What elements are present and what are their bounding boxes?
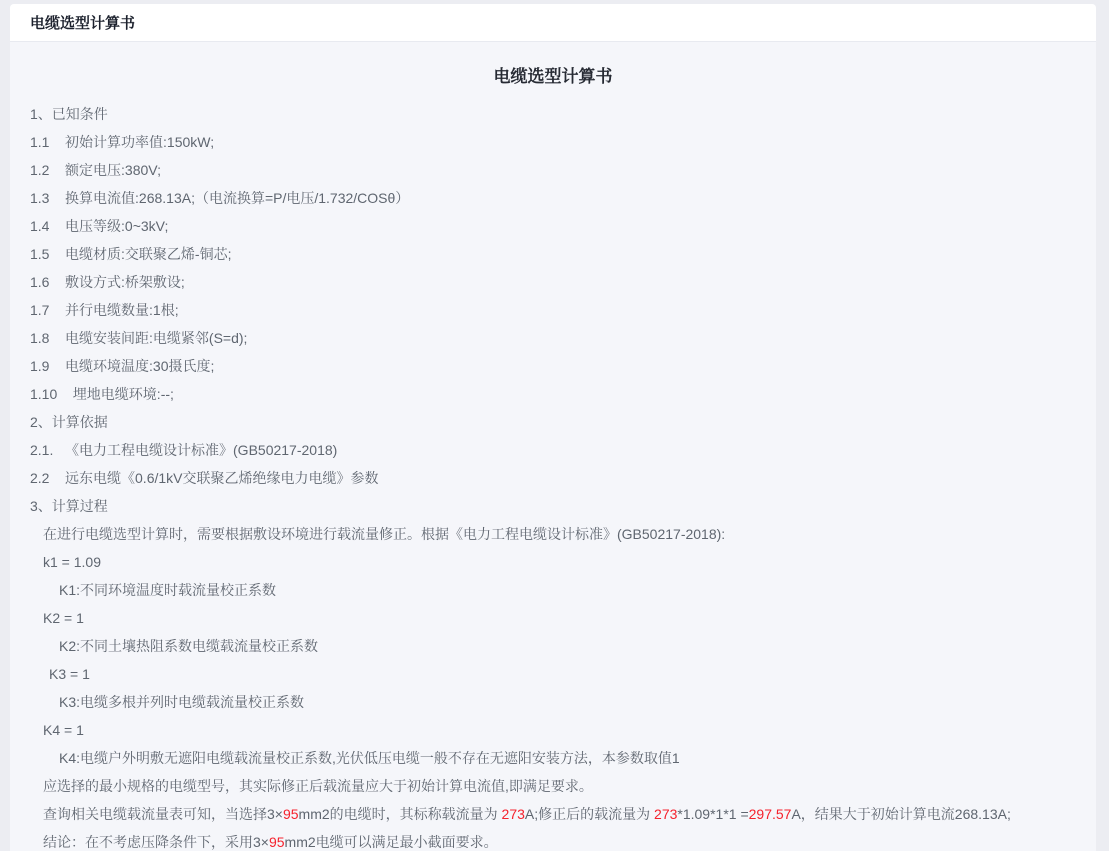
doc-line: 1.8 电缆安装间距:电缆紧邻(S=d); [30, 324, 1076, 352]
doc-line: 1.9 电缆环境温度:30摄氏度; [30, 352, 1076, 380]
doc-line: K4 = 1 [30, 716, 1076, 744]
doc-line: k1 = 1.09 [30, 548, 1076, 576]
doc-line: 1.5 电缆材质:交联聚乙烯-铜芯; [30, 240, 1076, 268]
doc-text: K3 = 1 [49, 666, 90, 682]
doc-text: *1.09*1*1 = [677, 806, 748, 822]
doc-text: 1.2 额定电压:380V; [30, 162, 161, 178]
doc-line: 结论：在不考虑压降条件下，采用3×95mm2电缆可以满足最小截面要求。 [30, 828, 1076, 851]
cable-calc-panel: 电缆选型计算书 电缆选型计算书 1、已知条件1.1 初始计算功率值:150kW;… [10, 4, 1096, 851]
document-lines: 1、已知条件1.1 初始计算功率值:150kW;1.2 额定电压:380V;1.… [30, 100, 1076, 851]
doc-line: 1.1 初始计算功率值:150kW; [30, 128, 1076, 156]
doc-line: K2:不同土壤热阻系数电缆载流量校正系数 [30, 632, 1076, 660]
doc-line: 1.7 并行电缆数量:1根; [30, 296, 1076, 324]
doc-text: K2 = 1 [43, 610, 84, 626]
doc-text: 1.1 初始计算功率值:150kW; [30, 134, 214, 150]
doc-text: A;修正后的载流量为 [525, 806, 654, 822]
panel-header: 电缆选型计算书 [10, 4, 1096, 42]
doc-line: 2、计算依据 [30, 408, 1076, 436]
document-title: 电缆选型计算书 [30, 62, 1076, 87]
doc-line: 在进行电缆选型计算时，需要根据敷设环境进行载流量修正。根据《电力工程电缆设计标准… [30, 520, 1076, 548]
doc-text: 1.9 电缆环境温度:30摄氏度; [30, 358, 214, 374]
doc-text: 3、计算过程 [30, 498, 108, 514]
doc-line: 1.10 埋地电缆环境:--; [30, 380, 1076, 408]
doc-line: 2.1. 《电力工程电缆设计标准》(GB50217-2018) [30, 436, 1076, 464]
doc-text: 2、计算依据 [30, 414, 108, 430]
doc-line: K3 = 1 [30, 660, 1076, 688]
doc-text: 1.8 电缆安装间距:电缆紧邻(S=d); [30, 330, 247, 346]
doc-text: K4 = 1 [43, 722, 84, 738]
doc-text: 1.7 并行电缆数量:1根; [30, 302, 179, 318]
doc-text: 1.3 换算电流值:268.13A;（电流换算=P/电压/1.732/COSθ） [30, 190, 409, 206]
doc-text: A，结果大于初始计算电流268.13A; [791, 806, 1010, 822]
doc-line: 2.2 远东电缆《0.6/1kV交联聚乙烯绝缘电力电缆》参数 [30, 464, 1076, 492]
doc-text: K1:不同环境温度时载流量校正系数 [59, 582, 276, 598]
doc-text: 1.10 埋地电缆环境:--; [30, 386, 174, 402]
doc-line: 1.2 额定电压:380V; [30, 156, 1076, 184]
doc-text: 在进行电缆选型计算时，需要根据敷设环境进行载流量修正。根据《电力工程电缆设计标准… [43, 526, 725, 542]
doc-text: K2:不同土壤热阻系数电缆载流量校正系数 [59, 638, 318, 654]
doc-text: 1.6 敷设方式:桥架敷设; [30, 274, 185, 290]
doc-text: K4:电缆户外明敷无遮阳电缆载流量校正系数,光伏低压电缆一般不存在无遮阳安装方法… [59, 750, 680, 766]
highlighted-value: 273 [502, 806, 525, 822]
doc-line: 3、计算过程 [30, 492, 1076, 520]
doc-line: 应选择的最小规格的电缆型号，其实际修正后载流量应大于初始计算电流值,即满足要求。 [30, 772, 1076, 800]
highlighted-value: 273 [654, 806, 677, 822]
doc-text: 结论：在不考虑压降条件下，采用3× [43, 834, 269, 850]
document-body: 电缆选型计算书 1、已知条件1.1 初始计算功率值:150kW;1.2 额定电压… [10, 42, 1096, 851]
doc-text: mm2的电缆时，其标称载流量为 [299, 806, 502, 822]
doc-line: K3:电缆多根并列时电缆载流量校正系数 [30, 688, 1076, 716]
doc-text: mm2电缆可以满足最小截面要求。 [285, 834, 498, 850]
doc-text: 应选择的最小规格的电缆型号，其实际修正后载流量应大于初始计算电流值,即满足要求。 [43, 778, 593, 794]
doc-line: 1.6 敷设方式:桥架敷设; [30, 268, 1076, 296]
doc-line: K1:不同环境温度时载流量校正系数 [30, 576, 1076, 604]
doc-text: 1.5 电缆材质:交联聚乙烯-铜芯; [30, 246, 231, 262]
doc-text: 1、已知条件 [30, 106, 108, 122]
doc-line: 1.4 电压等级:0~3kV; [30, 212, 1076, 240]
doc-line: 查询相关电缆载流量表可知，当选择3×95mm2的电缆时，其标称载流量为 273A… [30, 800, 1076, 828]
highlighted-value: 95 [269, 834, 285, 850]
doc-text: k1 = 1.09 [43, 554, 101, 570]
doc-text: 1.4 电压等级:0~3kV; [30, 218, 168, 234]
doc-text: 2.2 远东电缆《0.6/1kV交联聚乙烯绝缘电力电缆》参数 [30, 470, 379, 486]
doc-text: 2.1. 《电力工程电缆设计标准》(GB50217-2018) [30, 442, 337, 458]
doc-line: 1、已知条件 [30, 100, 1076, 128]
doc-line: K4:电缆户外明敷无遮阳电缆载流量校正系数,光伏低压电缆一般不存在无遮阳安装方法… [30, 744, 1076, 772]
highlighted-value: 95 [283, 806, 299, 822]
doc-text: 查询相关电缆载流量表可知，当选择3× [43, 806, 283, 822]
doc-line: K2 = 1 [30, 604, 1076, 632]
doc-text: K3:电缆多根并列时电缆载流量校正系数 [59, 694, 304, 710]
panel-title: 电缆选型计算书 [30, 12, 135, 33]
highlighted-value: 297.57 [749, 806, 792, 822]
doc-line: 1.3 换算电流值:268.13A;（电流换算=P/电压/1.732/COSθ） [30, 184, 1076, 212]
